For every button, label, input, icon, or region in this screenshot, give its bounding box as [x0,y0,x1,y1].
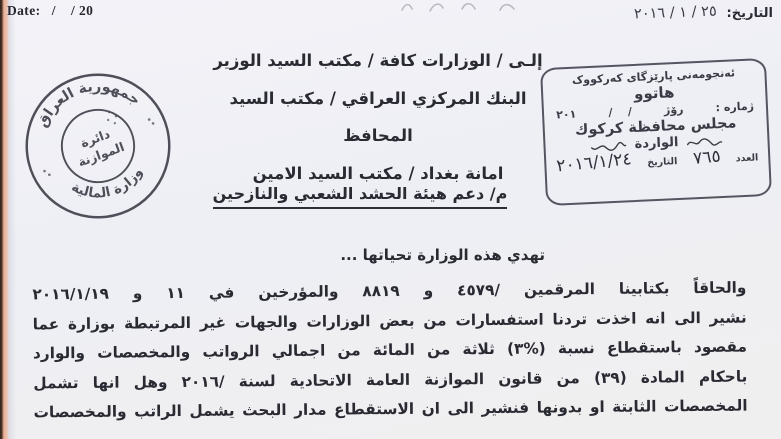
scanned-letter-document: Date: / / 20 التاريخ: ٢٥ / ١ / ٢٠١٦ إلـى… [0,0,781,439]
stamp-republic-of-iraq-text: جمهورية العراق [27,67,145,133]
date-ar-label: التاريخ: [727,6,773,21]
svg-text:وزارة المالية: وزارة المالية [66,163,150,209]
svg-text:جمهورية العراق: جمهورية العراق [27,67,145,133]
ministry-round-stamp: جمهورية العراق وزارة المالية دائرة الموا… [6,54,190,238]
date-field-ar: التاريخ: ٢٥ / ١ / ٢٠١٦ [634,5,773,21]
stamp-date-slots: / / [608,105,632,119]
handwritten-marks-top [396,0,546,13]
body-line: المخصصات الثابتة او بدونها فنشير الى ان … [33,392,747,428]
body-paragraph: والحاقاً بكتابينا المرقمين /٤٥٧٩ و ٨٨١٩ … [32,274,747,429]
paper-edge-strip [0,0,16,439]
stamp-number-label-ku: ژمارە : [715,100,754,115]
subject-line: م/ دعم هيئة الحشد الشعبي والنازحين [160,184,560,203]
salutation-line: تهدي هذه الوزارة تحياتها ... [340,246,545,264]
stamp-year-printed: ٢٠١ [556,108,577,122]
stamp-number-handwritten: ٧٦٥ [692,146,721,169]
stamp-day-label-ku: رۆژ [664,103,684,117]
stamp-number-label-ar: العدد [735,152,758,164]
recipient-line-minister: إلـى / الوزارات كافة / مكتب السيد الوزير [208,42,548,80]
stamp-date-handwritten: ٢٠١٦/١/٢٤ [556,149,633,176]
stamp-date-label-ar: التاريخ [647,156,678,168]
date-ar-handwritten-value: ٢٥ / ١ / ٢٠١٦ [634,4,717,23]
stamp-incoming-arabic-text: الواردة [634,135,678,152]
stamp-ministry-of-finance-text: وزارة المالية [66,163,150,209]
recipient-line-central-bank: البنك المركزي العراقي / مكتب السيد المحا… [208,80,548,155]
date-field-en: Date: / / 20 [7,3,93,19]
recipients-block: إلـى / الوزارات كافة / مكتب السيد الوزير… [208,42,548,192]
kirkuk-received-stamp: ئەنجومەنی پارێزگای کەرکووک هاتوو ژمارە :… [540,58,772,206]
subject-text: م/ دعم هيئة الحشد الشعبي والنازحين [213,184,508,209]
